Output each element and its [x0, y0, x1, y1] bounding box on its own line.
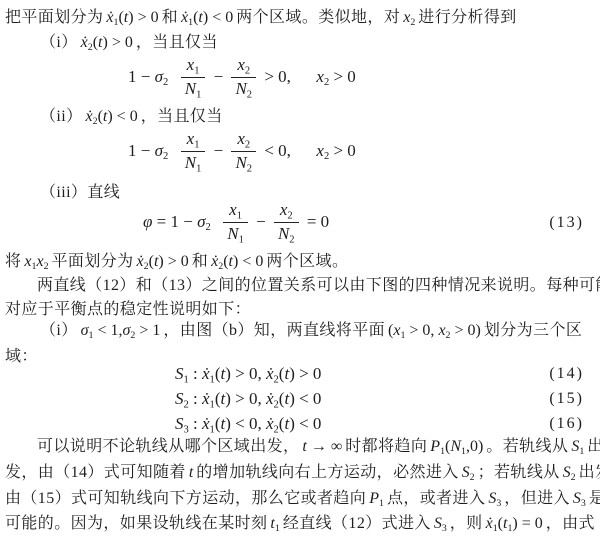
variable: N: [235, 79, 246, 98]
subscript: 3: [581, 498, 586, 509]
math-operator-run: ) > 0: [289, 364, 321, 383]
subscript: 1: [194, 140, 199, 151]
math-run: ẋ2(t) < 0: [211, 253, 263, 270]
formula-line: (14) S1 : ẋ1(t) > 0, ẋ2(t) > 0: [0, 362, 600, 386]
chinese-text: 和: [162, 9, 178, 26]
dotted-variable: ẋ: [81, 34, 88, 51]
dotted-variable: ẋ: [266, 389, 274, 408]
subscript: 2: [205, 222, 210, 233]
math-run: S2: [462, 464, 475, 481]
math-operator-run: = 0: [303, 212, 330, 231]
text-line: 可能的。因为，如果设轨线在某时刻t1经直线（12）式进入S3，则ẋ1(t1) =…: [0, 513, 600, 535]
chinese-text: ，当且仅当: [136, 34, 218, 51]
math-run: σ1 < 1,σ2 > 1: [81, 322, 161, 339]
variable: x: [36, 253, 43, 270]
variable: σ: [155, 141, 163, 160]
chinese-text: ，由图（b）知，两直线将平面: [163, 322, 385, 339]
math-run: t1: [270, 515, 279, 532]
math-run: x2: [403, 9, 415, 26]
math-operator-run: ) < 0: [203, 9, 233, 26]
math-operator-run: ) < 0: [289, 414, 321, 433]
math-run: ẋ2(t) > 0: [81, 34, 133, 51]
subscript: 1: [579, 446, 584, 457]
chinese-text: 两个区域。类似地，对: [236, 9, 400, 26]
document-page: 把平面划分为ẋ1(t) > 0和ẋ1(t) < 0两个区域。类似地，对x2进行分…: [0, 0, 600, 542]
math-run: ẋ1(t) < 0: [181, 9, 233, 26]
dotted-variable: ẋ: [202, 389, 210, 408]
fraction: x2N2: [231, 56, 256, 98]
math-operator-run: < 1,: [94, 322, 123, 339]
subscript: 1: [239, 234, 244, 245]
dotted-variable: ẋ: [86, 108, 93, 125]
math-operator-run: −: [209, 141, 227, 160]
variable: t: [189, 464, 193, 481]
chinese-text: ，则: [450, 515, 483, 532]
variable: x: [316, 67, 324, 86]
text-line: 发，由（14）式可知随着t的增加轨线向右上方运动，必然进入S2；若轨线从S2出发…: [0, 462, 600, 484]
chinese-text: 进行分析得到: [418, 9, 516, 26]
math-operator-run: > 0,: [405, 322, 438, 339]
math-operator-run: ) > 0: [158, 253, 188, 270]
math-run: x1x2: [24, 253, 48, 270]
subscript: 2: [245, 66, 250, 77]
text-line: （i）ẋ2(t) > 0，当且仅当: [0, 32, 600, 54]
subscript: 2: [410, 17, 415, 28]
equation-number: (14): [549, 363, 584, 385]
chinese-text: 把平面划分为: [5, 9, 103, 26]
variable: N: [185, 79, 196, 98]
chinese-text: 平面划分为: [52, 253, 134, 270]
chinese-text: 出发，: [579, 464, 600, 481]
text-line: 对应于平衡点的稳定性说明如下：: [0, 299, 600, 321]
fraction: x1N1: [181, 56, 206, 98]
formula-line: (16) S3 : ẋ1(t) < 0, ẋ2(t) < 0: [0, 412, 600, 436]
math-run: P1(N1,0): [430, 438, 483, 455]
variable: S: [563, 464, 571, 481]
math-operator-run: ) < 0: [107, 108, 137, 125]
chinese-text: （i）: [40, 34, 78, 51]
math-operator-run: ) < 0: [289, 389, 321, 408]
math-operator-run: ) > 0: [103, 34, 133, 51]
math-operator-run: ) < 0,: [225, 414, 266, 433]
subscript: 2: [245, 140, 250, 151]
chinese-text: 两个区域。: [266, 253, 348, 270]
math-operator-run: ) > 0,: [225, 364, 266, 383]
math-operator-run: > 0): [451, 322, 481, 339]
subscript: 2: [287, 211, 292, 222]
variable: N: [278, 224, 289, 243]
formula-line: 1 − σ2x1N1 − x2N2 > 0,x2 > 0: [0, 55, 600, 101]
math-run: t → ∞: [302, 438, 342, 455]
math-run: S3: [488, 490, 501, 507]
variable: S: [175, 414, 184, 433]
math-operator-run: :: [189, 364, 202, 383]
subscript: 1: [379, 498, 384, 509]
math-operator-run: :: [189, 414, 202, 433]
math-run: ẋ1(t) > 0: [106, 9, 158, 26]
text-line: （i）σ1 < 1,σ2 > 1，由图（b）知，两直线将平面(x1 > 0, x…: [0, 320, 600, 342]
dotted-variable: ẋ: [266, 414, 274, 433]
math-run: S2: [563, 464, 576, 481]
formula-line: 1 − σ2x1N1 − x2N2 < 0,x2 > 0: [0, 129, 600, 175]
math-operator-run: > 0: [329, 141, 356, 160]
math-run: S3: [434, 515, 447, 532]
fraction: x2N2: [231, 130, 256, 172]
math-operator-run: < 0,: [260, 141, 291, 160]
chinese-text: 可以说明不论轨线从哪个区域出发，: [37, 438, 299, 455]
variable: x: [24, 253, 31, 270]
math-operator-run: 1 −: [128, 67, 155, 86]
chinese-text: 出: [587, 438, 600, 455]
chinese-text: ；若轨线从: [478, 464, 560, 481]
subscript: 2: [247, 163, 252, 174]
equation-number: (15): [549, 388, 584, 410]
chinese-text: 的增加轨线向右上方运动，必然进入: [196, 464, 458, 481]
variable: x: [316, 141, 324, 160]
variable: S: [573, 490, 581, 507]
chinese-text: （ii）: [40, 108, 83, 125]
fraction: x2N2: [274, 201, 299, 243]
equation-number: (13): [549, 212, 584, 234]
subscript: 3: [442, 523, 447, 534]
chinese-text: 是不: [589, 490, 600, 507]
math-run: ẋ2(t) > 0: [137, 253, 189, 270]
math-run: P1: [369, 490, 384, 507]
math-operator-run: 1 −: [128, 141, 155, 160]
subscript: 2: [163, 77, 168, 88]
math-run: t: [189, 464, 193, 481]
variable: φ: [143, 212, 152, 231]
variable: S: [462, 464, 470, 481]
math-operator-run: > 1: [135, 322, 160, 339]
math-run: S1 : ẋ1(t) > 0, ẋ2(t) > 0: [175, 363, 321, 385]
variable: N: [185, 153, 196, 172]
math-run: S2 : ẋ1(t) > 0, ẋ2(t) < 0: [175, 388, 321, 410]
math-operator-run: −: [252, 212, 270, 231]
subscript: 1: [196, 89, 201, 100]
math-run: ẋ2(t) < 0: [86, 108, 138, 125]
math-run: ẋ1(t1) = 0: [486, 515, 543, 532]
math-operator-run: ,0): [466, 438, 483, 455]
chinese-text: 将: [5, 253, 21, 270]
subscript: 1: [237, 211, 242, 222]
variable: S: [175, 389, 184, 408]
dotted-variable: ẋ: [106, 9, 113, 26]
subscript: 2: [247, 89, 252, 100]
math-operator-run: > 0: [329, 67, 356, 86]
chinese-text: （i）: [40, 322, 78, 339]
variable: N: [227, 224, 238, 243]
text-line: 把平面划分为ẋ1(t) > 0和ẋ1(t) < 0两个区域。类似地，对x2进行分…: [0, 7, 600, 29]
chinese-text: 经直线（12）式进入: [283, 515, 431, 532]
variable: P: [369, 490, 379, 507]
equation-number: (16): [549, 413, 584, 435]
variable: σ: [81, 322, 89, 339]
math-operator-run: :: [189, 389, 202, 408]
text-line: 由（15）式可知轨线向下方运动，那么它或者趋向P1点，或者进入S3，但进入S3是…: [0, 488, 600, 510]
formula-line: (15) S2 : ẋ1(t) > 0, ẋ2(t) < 0: [0, 387, 600, 411]
chinese-text: 可能的。因为，如果设轨线在某时刻: [5, 515, 267, 532]
fraction: x1N1: [181, 130, 206, 172]
chinese-text: 时都将趋向: [345, 438, 427, 455]
math-operator-run: ) > 0: [128, 9, 158, 26]
chinese-text: （iii）直线: [40, 184, 120, 201]
dotted-variable: ẋ: [202, 364, 210, 383]
math-operator-run: ) < 0: [233, 253, 263, 270]
chinese-text: 和: [192, 253, 208, 270]
chinese-text: 对应于平衡点的稳定性说明如下：: [5, 301, 251, 318]
variable: N: [450, 438, 461, 455]
math-run: S3 : ẋ1(t) < 0, ẋ2(t) < 0: [175, 413, 321, 435]
text-line: 两直线（12）和（13）之间的位置关系可以由下图的四种情况来说明。每种可能性: [0, 275, 600, 297]
math-run: 1 − σ2x1N1 − x2N2 > 0,x2 > 0: [128, 57, 356, 99]
math-operator-run: → ∞: [307, 438, 342, 455]
subscript: 2: [289, 234, 294, 245]
subscript: 3: [496, 498, 501, 509]
text-line: 将x1x2平面划分为ẋ2(t) > 0和ẋ2(t) < 0两个区域。: [0, 251, 600, 273]
text-line: 可以说明不论轨线从哪个区域出发，t → ∞时都将趋向P1(N1,0)。若轨线从S…: [0, 436, 600, 458]
math-run: φ = 1 − σ2x1N1 − x2N2 = 0: [143, 202, 329, 244]
math-run: S1: [571, 438, 584, 455]
subscript: 1: [275, 523, 280, 534]
subscript: 1: [194, 66, 199, 77]
math-run: (x1 > 0, x2 > 0): [388, 322, 481, 339]
chinese-text: ，但进入: [504, 490, 570, 507]
dotted-variable: ẋ: [486, 515, 493, 532]
variable: σ: [155, 67, 163, 86]
subscript: 1: [196, 163, 201, 174]
subscript: 2: [163, 151, 168, 162]
subscript: 2: [571, 472, 576, 483]
chinese-text: 点，或者进入: [387, 490, 485, 507]
math-operator-run: −: [209, 67, 227, 86]
variable: x: [438, 322, 445, 339]
math-operator-run: ) = 0: [512, 515, 542, 532]
math-run: 1 − σ2x1N1 − x2N2 < 0,x2 > 0: [128, 131, 356, 173]
chinese-text: 两直线（12）和（13）之间的位置关系可以由下图的四种情况来说明。每种可能性: [37, 277, 600, 294]
chinese-text: 划分为三个区: [484, 322, 582, 339]
dotted-variable: ẋ: [266, 364, 274, 383]
dotted-variable: ẋ: [137, 253, 144, 270]
chinese-text: 发，由（14）式可知随着: [5, 464, 186, 481]
text-line: （ii）ẋ2(t) < 0，当且仅当: [0, 106, 600, 128]
math-run: S3: [573, 490, 586, 507]
fraction: x1N1: [223, 201, 248, 243]
variable: P: [430, 438, 440, 455]
variable: N: [235, 153, 246, 172]
math-operator-run: ) > 0,: [225, 389, 266, 408]
math-operator-run: = 1 −: [152, 212, 197, 231]
math-operator-run: > 0,: [260, 67, 291, 86]
chinese-text: ，当且仅当: [141, 108, 223, 125]
chinese-text: 由（15）式可知轨线向下方运动，那么它或者趋向: [5, 490, 366, 507]
subscript: 2: [470, 472, 475, 483]
chinese-text: ，由式（9）、: [546, 515, 600, 532]
subscript: 2: [44, 261, 49, 272]
chinese-text: 。若轨线从: [486, 438, 568, 455]
formula-line: (13) φ = 1 − σ2x1N1 − x2N2 = 0: [0, 200, 600, 246]
dotted-variable: ẋ: [202, 414, 210, 433]
variable: S: [434, 515, 442, 532]
variable: S: [175, 364, 184, 383]
